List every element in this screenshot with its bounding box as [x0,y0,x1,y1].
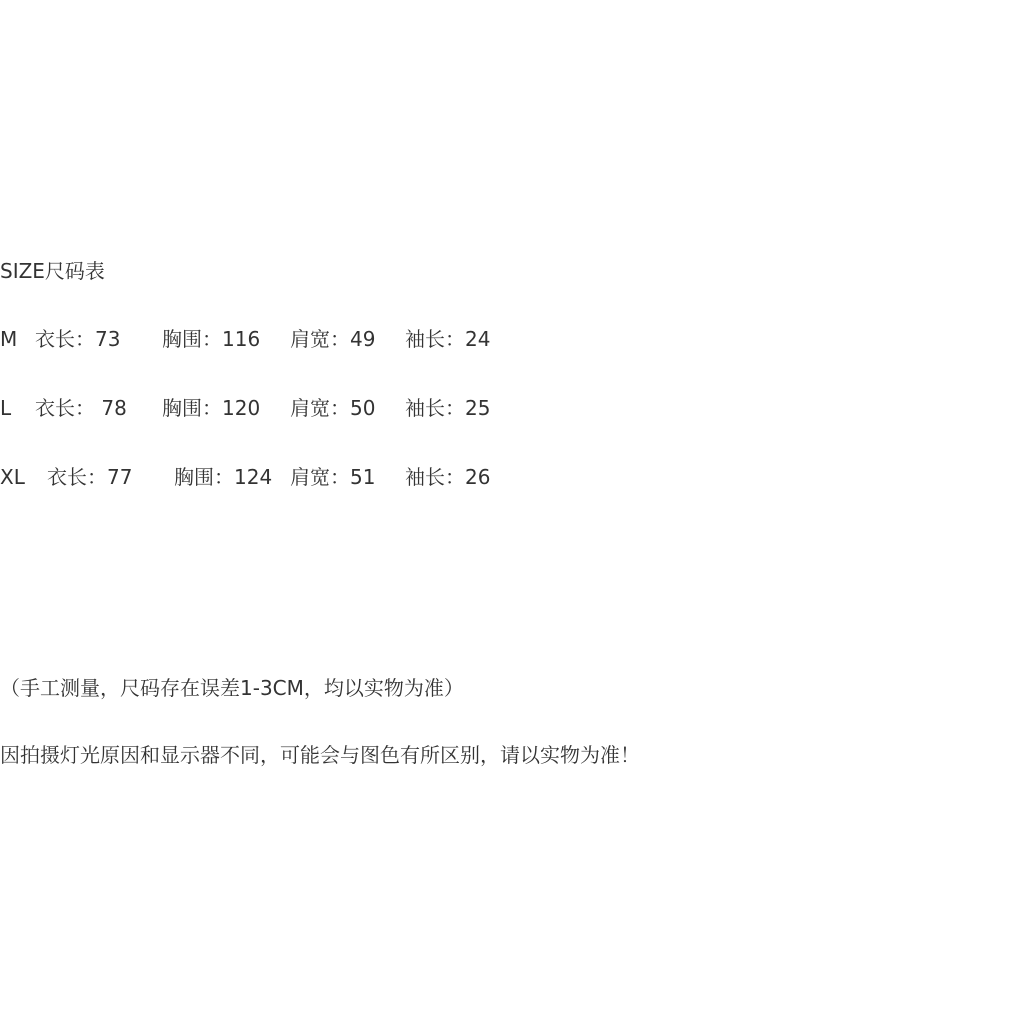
chest-value: 胸围：124 [174,465,272,489]
measurement-note: （手工测量，尺码存在误差1-3CM，均以实物为准） [0,676,464,700]
sleeve-value: 袖长：26 [405,465,490,489]
length-value: 衣长： 78 [35,396,127,420]
length-value: 衣长：73 [35,327,120,351]
size-label: XL [0,465,25,489]
shoulder-value: 肩宽：49 [290,327,375,351]
color-disclaimer: 因拍摄灯光原因和显示器不同，可能会与图色有所区别，请以实物为准！ [0,743,640,767]
size-label: M [0,327,17,351]
length-value: 衣长：77 [47,465,132,489]
chest-value: 胸围：116 [162,327,260,351]
size-chart-title: SIZE尺码表 [0,259,105,283]
sleeve-value: 袖长：25 [405,396,490,420]
chest-value: 胸围：120 [162,396,260,420]
shoulder-value: 肩宽：51 [290,465,375,489]
shoulder-value: 肩宽：50 [290,396,375,420]
sleeve-value: 袖长：24 [405,327,490,351]
size-label: L [0,396,11,420]
